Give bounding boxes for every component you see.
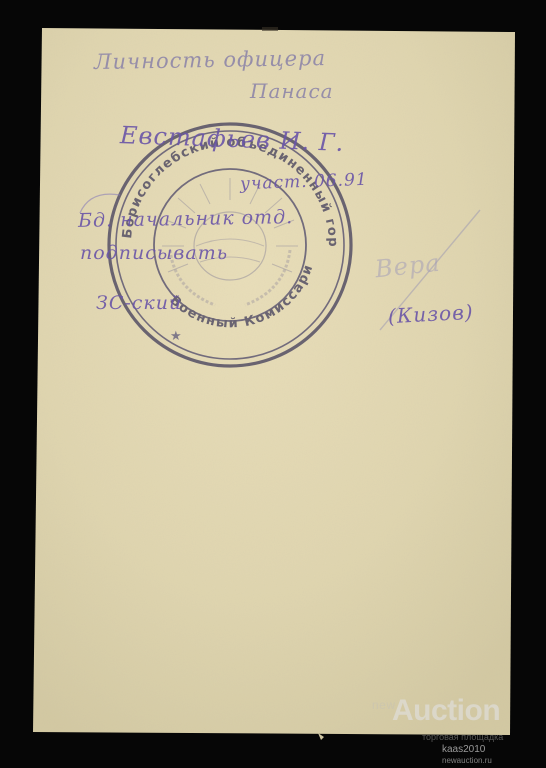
image-background: Борисоглебский объединенный городской Во… [0,0,546,768]
handwriting-line-2: Панаса [250,79,334,103]
handwriting-line-7: ЗС-ский [96,292,182,314]
svg-text:★: ★ [170,329,182,344]
watermark-seller: kaas2010 [442,744,485,755]
paper-card: Борисоглебский объединенный городской Во… [0,0,546,768]
auction-watermark: new Auction торговая площадка kaas2010 n… [370,694,546,768]
handwriting-line-5: Бд. начальник отд. [78,206,294,232]
signature-name: (Кизов) [387,300,474,328]
watermark-site: newauction.ru [442,756,492,765]
watermark-brand: Auction [392,694,500,728]
watermark-subtitle: торговая площадка [422,732,503,742]
handwriting-line-1: Личность офицера [94,46,326,74]
handwriting-line-6: подписывать [80,242,228,264]
